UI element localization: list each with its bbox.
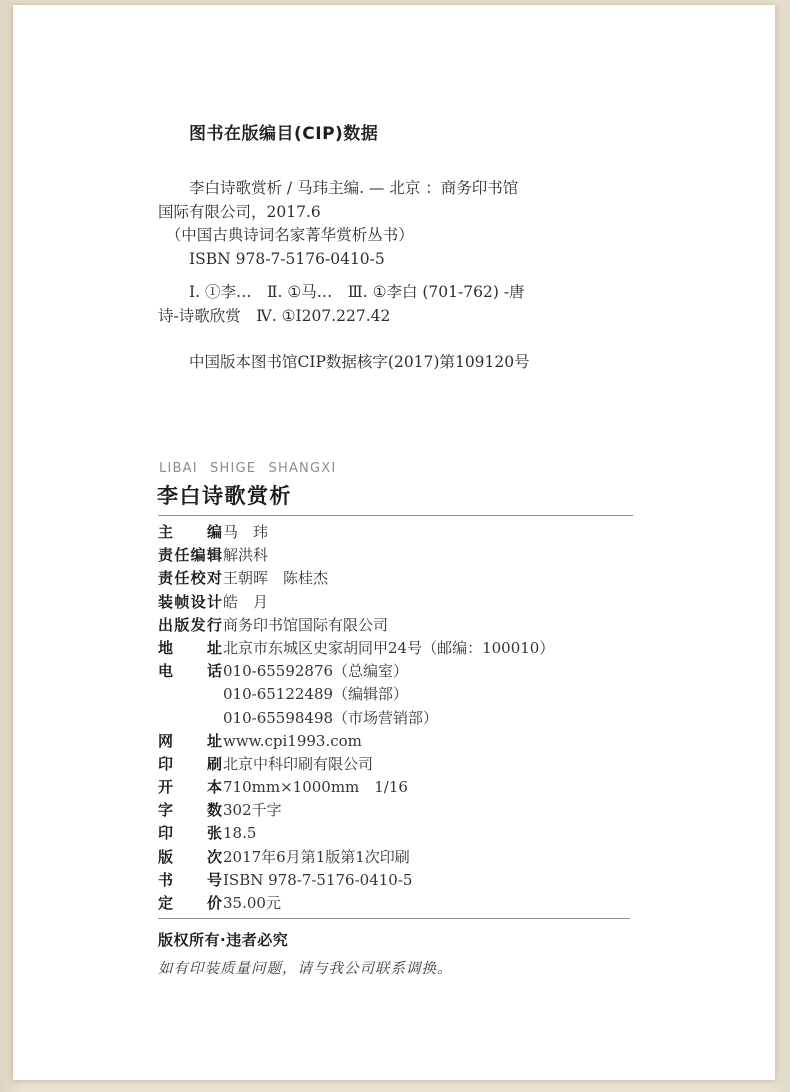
colophon-row-label: 装帧设计 bbox=[158, 591, 222, 612]
colophon-row: 010-65122489（编辑部） bbox=[158, 683, 648, 706]
colophon-row: 字数 302千字 bbox=[158, 799, 648, 822]
cip-classification: Ⅰ. ①李… Ⅱ. ①马… Ⅲ. ①李白 (701-762) -唐诗-诗歌欣赏 … bbox=[158, 281, 646, 328]
colophon-row: 出版发行 商务印书馆国际有限公司 bbox=[158, 614, 648, 637]
colophon-row: 地址 北京市东城区史家胡同甲24号（邮编：100010） bbox=[158, 637, 648, 660]
colophon-row: 印张 18.5 bbox=[158, 822, 648, 845]
colophon-row-label: 地址 bbox=[158, 637, 222, 658]
colophon-row-value: 18.5 bbox=[222, 824, 256, 842]
colophon-row-value: 解洪科 bbox=[222, 544, 268, 565]
colophon-row: 书号 ISBN 978-7-5176-0410-5 bbox=[158, 869, 648, 892]
colophon-row: 网址 www.cpi1993.com bbox=[158, 730, 648, 753]
colophon-row-label: 主编 bbox=[158, 521, 222, 542]
colophon-row-value: ISBN 978-7-5176-0410-5 bbox=[222, 871, 412, 889]
copyright-notice-text: 如有印装质量问题，请与我公司联系调换。 bbox=[158, 957, 453, 978]
colophon-row-label: 书号 bbox=[158, 869, 222, 890]
colophon-row-label: 版次 bbox=[158, 846, 222, 867]
colophon-row-value: www.cpi1993.com bbox=[222, 732, 362, 750]
colophon-row: 定价 35.00元 bbox=[158, 892, 648, 915]
series-romanized-title: LIBAI SHIGE SHANGXI bbox=[159, 461, 336, 476]
colophon-row-value: 2017年6月第1版第1次印刷 bbox=[222, 846, 410, 867]
cip-description: 李白诗歌赏析 / 马玮主编. — 北京 ：商务印书馆国际有限公司，2017.6 … bbox=[158, 177, 646, 271]
colophon-row: 责任编辑 解洪科 bbox=[158, 544, 648, 567]
cip-classification-line: Ⅰ. ①李… Ⅱ. ①马… Ⅲ. ①李白 (701-762) -唐 bbox=[158, 281, 646, 305]
colophon-row-value: 35.00元 bbox=[222, 892, 281, 913]
colophon-row: 主编 马 玮 bbox=[158, 521, 648, 544]
colophon-row: 印刷 北京中科印刷有限公司 bbox=[158, 753, 648, 776]
divider-top bbox=[158, 515, 633, 516]
colophon-row: 装帧设计 皓 月 bbox=[158, 591, 648, 614]
cip-description-line: 李白诗歌赏析 / 马玮主编. — 北京 ：商务印书馆 bbox=[158, 177, 646, 201]
cip-description-line: （中国古典诗词名家菁华赏析丛书） bbox=[158, 224, 646, 248]
colophon-row-value: 710mm×1000mm 1/16 bbox=[222, 776, 408, 797]
colophon-row-label: 责任校对 bbox=[158, 567, 222, 588]
colophon-row-value: 商务印书馆国际有限公司 bbox=[222, 614, 388, 635]
colophon-row-label: 印刷 bbox=[158, 753, 222, 774]
colophon-row-label: 网址 bbox=[158, 730, 222, 751]
cip-header: 图书在版编目(CIP)数据 bbox=[158, 122, 646, 146]
colophon-row-label: 电话 bbox=[158, 660, 222, 681]
colophon-table: 主编 马 玮 责任编辑 解洪科 责任校对 王朝晖 陈桂杰 装帧设计 皓 月 出版… bbox=[158, 521, 648, 915]
divider-bottom bbox=[158, 918, 630, 919]
colophon-row-label: 开本 bbox=[158, 776, 222, 797]
colophon-row-value: 王朝晖 陈桂杰 bbox=[222, 567, 328, 588]
colophon-row-label: 定价 bbox=[158, 892, 222, 913]
colophon-row: 电话 010-65592876（总编室） bbox=[158, 660, 648, 683]
colophon-row-label: 责任编辑 bbox=[158, 544, 222, 565]
colophon-row-value: 010-65122489（编辑部） bbox=[222, 683, 408, 704]
colophon-row: 010-65598498（市场营销部） bbox=[158, 707, 648, 730]
colophon-row-value: 北京中科印刷有限公司 bbox=[222, 753, 373, 774]
cip-record-number: 中国版本图书馆CIP数据核字(2017)第109120号 bbox=[158, 351, 646, 375]
colophon-row-label: 出版发行 bbox=[158, 614, 222, 635]
colophon-row: 版次 2017年6月第1版第1次印刷 bbox=[158, 846, 648, 869]
colophon-row-value: 皓 月 bbox=[222, 591, 268, 612]
colophon-row-label: 印张 bbox=[158, 822, 222, 843]
colophon-row: 责任校对 王朝晖 陈桂杰 bbox=[158, 567, 648, 590]
colophon-row-value: 010-65592876（总编室） bbox=[222, 660, 408, 681]
book-title: 李白诗歌赏析 bbox=[157, 480, 292, 510]
colophon-row-value: 302千字 bbox=[222, 799, 282, 820]
cip-classification-line: 诗-诗歌欣赏 Ⅳ. ①I207.227.42 bbox=[158, 305, 646, 329]
colophon-row-value: 010-65598498（市场营销部） bbox=[222, 707, 438, 728]
cip-description-line: ISBN 978-7-5176-0410-5 bbox=[158, 248, 646, 272]
colophon-row-value: 马 玮 bbox=[222, 521, 268, 542]
copyright-notice-title: 版权所有·违者必究 bbox=[158, 929, 288, 950]
colophon-row-value: 北京市东城区史家胡同甲24号（邮编：100010） bbox=[222, 637, 554, 658]
colophon-row-label: 字数 bbox=[158, 799, 222, 820]
colophon-row: 开本 710mm×1000mm 1/16 bbox=[158, 776, 648, 799]
cip-block: 图书在版编目(CIP)数据 李白诗歌赏析 / 马玮主编. — 北京 ：商务印书馆… bbox=[158, 122, 646, 375]
cip-description-line: 国际有限公司，2017.6 bbox=[158, 201, 646, 225]
